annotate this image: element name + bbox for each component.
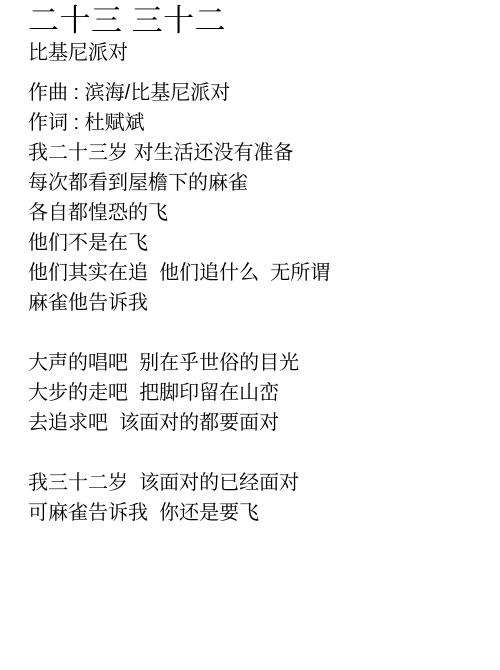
lyrics-body: 作曲 : 滨海/比基尼派对 作词 : 杜赋斌 我二十三岁 对生活还没有准备 每次… xyxy=(28,78,480,528)
stanza-break xyxy=(28,318,480,348)
stanza-break xyxy=(28,438,480,468)
lyric-line: 大声的唱吧 别在乎世俗的目光 xyxy=(28,348,480,378)
lyric-line: 他们其实在追 他们追什么 无所谓 xyxy=(28,258,480,288)
lyric-line: 我三十二岁 该面对的已经面对 xyxy=(28,468,480,498)
song-title: 二十三 三十二 xyxy=(28,2,480,40)
lyric-line: 各自都惶恐的飞 xyxy=(28,198,480,228)
lyrics-page: 二十三 三十二 比基尼派对 作曲 : 滨海/比基尼派对 作词 : 杜赋斌 我二十… xyxy=(0,0,500,670)
lyric-line: 每次都看到屋檐下的麻雀 xyxy=(28,168,480,198)
artist-name: 比基尼派对 xyxy=(28,40,480,66)
lyric-line: 可麻雀告诉我 你还是要飞 xyxy=(28,498,480,528)
lyric-line: 我二十三岁 对生活还没有准备 xyxy=(28,138,480,168)
lyric-line: 去追求吧 该面对的都要面对 xyxy=(28,408,480,438)
lyric-line: 他们不是在飞 xyxy=(28,228,480,258)
lyric-line: 麻雀他告诉我 xyxy=(28,288,480,318)
credit-composer-line: 作曲 : 滨海/比基尼派对 xyxy=(28,78,480,108)
lyric-line: 大步的走吧 把脚印留在山峦 xyxy=(28,378,480,408)
credit-lyricist-line: 作词 : 杜赋斌 xyxy=(28,108,480,138)
